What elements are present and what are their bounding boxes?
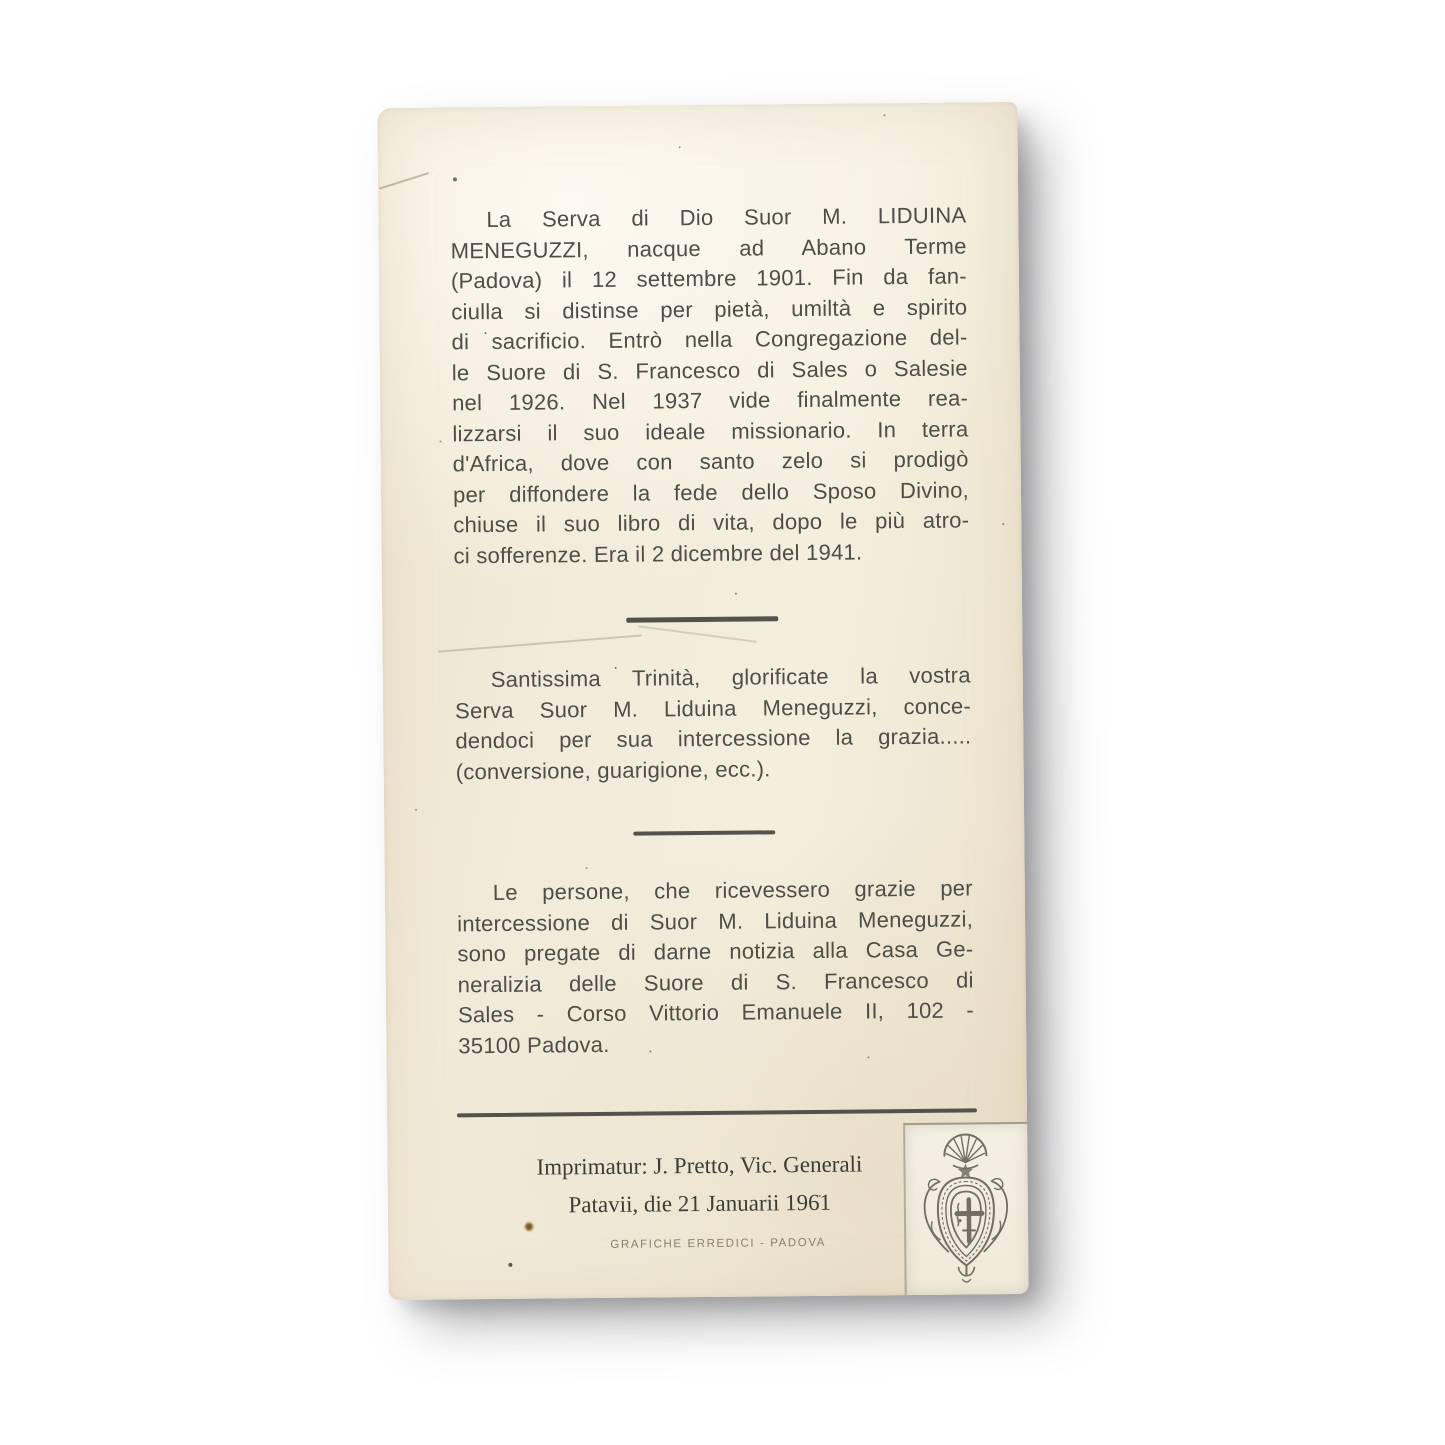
text-line: lizzarsi il suo ideale missionario. In t…	[452, 414, 968, 449]
paper-crack	[379, 172, 429, 189]
text-line: intercessione di Suor M. Liduina Meneguz…	[457, 904, 973, 939]
text-line: (Padova) il 12 settembre 1901. Fin da fa…	[451, 261, 967, 296]
text-line: neralizia delle Suore di S. Francesco di	[458, 965, 974, 1000]
imprimatur-line-2: Patavii, die 21 Januarii 1961	[442, 1183, 958, 1226]
paper-crack	[438, 634, 642, 652]
text-line: MENEGUZZI, nacque ad Abano Terme	[451, 231, 967, 266]
text-line: sono pregate di darne notizia alla Casa …	[457, 934, 973, 969]
text-line: (conversione, guarigione, ecc.).	[456, 752, 972, 787]
text-line: La Serva di Dio Suor M. LIDUINA	[450, 200, 966, 235]
text-line: ciulla si distinse per pietà, umiltà e s…	[451, 292, 967, 327]
printer-credit: GRAFICHE ERREDICI - PADOVA	[460, 1235, 976, 1252]
text-line: chiuse il suo libro di vita, dopo le più…	[453, 505, 969, 540]
text-line: le Suore di S. Francesco di Sales o Sale…	[452, 353, 968, 388]
text-line: Serva Suor M. Liduina Meneguzzi, conce-	[455, 691, 971, 726]
notice-paragraph: Le persone, che ricevessero grazie perin…	[457, 873, 975, 1061]
text-line: ci sofferenze. Era il 2 dicembre del 194…	[453, 536, 969, 571]
text-line: per diffondere la fede dello Sposo Divin…	[453, 475, 969, 510]
paper-crack	[638, 625, 757, 642]
section-divider	[633, 830, 775, 835]
holy-card-back: La Serva di Dio Suor M. LIDUINAMENEGUZZI…	[377, 102, 1028, 1300]
text-line: Sales - Corso Vittorio Emanuele II, 102 …	[458, 995, 974, 1030]
shield-cross-crest-icon	[915, 1130, 1016, 1287]
imprimatur-block: Imprimatur: J. Pretto, Vic. Generali Pat…	[441, 1145, 958, 1226]
text-line: 35100 Padova.	[458, 1026, 974, 1061]
congregation-stamp	[903, 1122, 1029, 1295]
imprimatur-line-1: Imprimatur: J. Pretto, Vic. Generali	[441, 1145, 957, 1188]
photo-background: La Serva di Dio Suor M. LIDUINAMENEGUZZI…	[0, 0, 1445, 1445]
biography-paragraph: La Serva di Dio Suor M. LIDUINAMENEGUZZI…	[450, 200, 969, 571]
text-line: d'Africa, dove con santo zelo si prodigò	[453, 444, 969, 479]
text-line: Santissima Trinità, glorificate la vostr…	[455, 660, 971, 695]
text-line: di sacrificio. Entrò nella Congregazione…	[451, 322, 967, 357]
text-line: dendoci per sua intercessione la grazia.…	[455, 721, 971, 756]
footer-rule	[457, 1108, 977, 1117]
prayer-paragraph: Santissima Trinità, glorificate la vostr…	[455, 660, 972, 787]
section-divider	[626, 616, 778, 622]
text-line: Le persone, che ricevessero grazie per	[457, 873, 973, 908]
text-line: nel 1926. Nel 1937 vide finalmente rea-	[452, 383, 968, 418]
paper-specks	[377, 108, 381, 112]
